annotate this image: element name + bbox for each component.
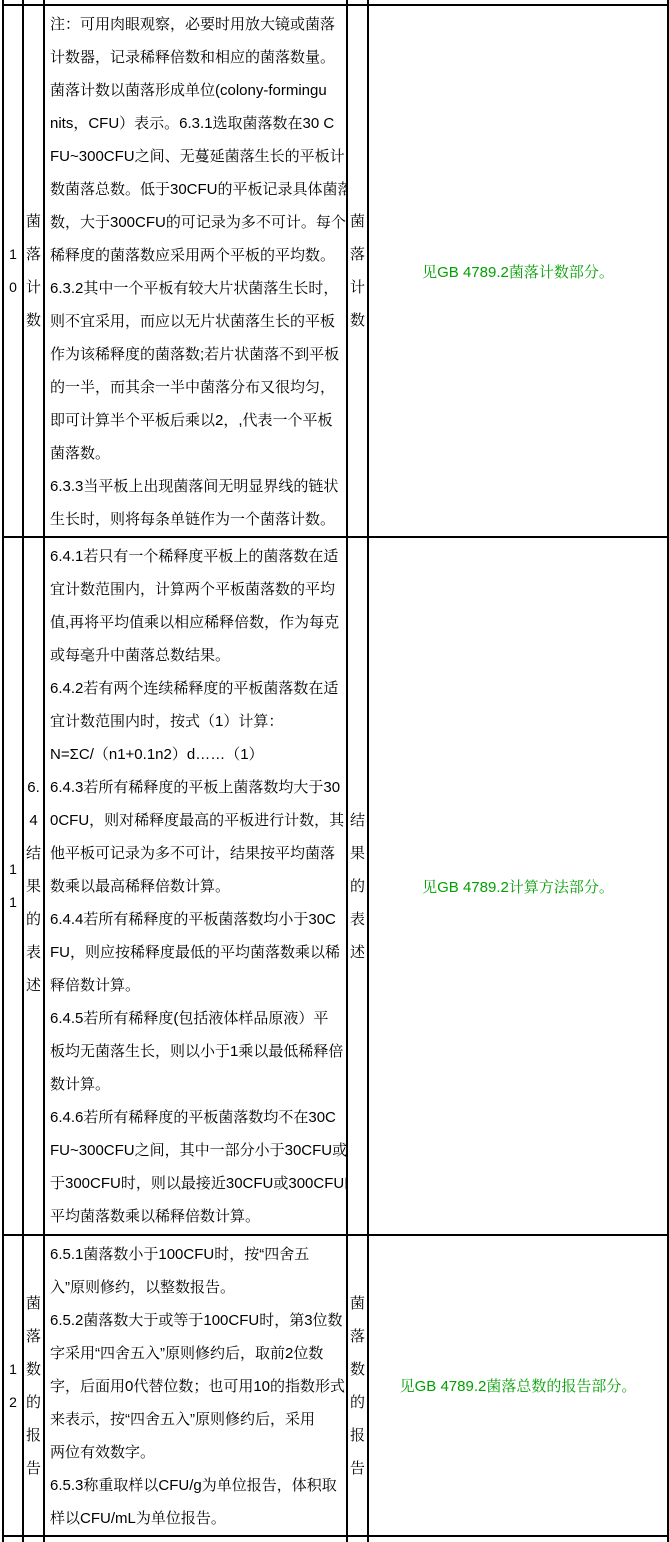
empty-cell xyxy=(44,1536,347,1542)
row-body-text: 注：可用肉眼观察，必要时用放大镜或菌落 计数器，记录稀释倍数和相应的菌落数量。 … xyxy=(44,5,347,537)
row-number: 1 1 xyxy=(3,537,23,1235)
row-topic-label-right: 菌 落 数 的 报 告 xyxy=(347,1235,368,1536)
row-topic-label-left: 菌 落 计 数 xyxy=(23,5,44,537)
empty-cell xyxy=(347,1536,368,1542)
table-row-partial-bottom xyxy=(3,1536,668,1542)
table-row-12: 1 2 菌 落 数 的 报 告 6.5.1菌落数小于100CFU时，按“四舍五 … xyxy=(3,1235,668,1536)
table-row-11: 1 1 6. 4 结 果 的 表 述 6.4.1若只有一个稀释度平板上的菌落数在… xyxy=(3,537,668,1235)
row-body-text: 6.4.1若只有一个稀释度平板上的菌落数在适 宜计数范围内，计算两个平板菌落数的… xyxy=(44,537,347,1235)
row-body-text: 6.5.1菌落数小于100CFU时，按“四舍五 入”原则修约，以整数报告。 6.… xyxy=(44,1235,347,1536)
empty-cell xyxy=(23,1536,44,1542)
reference-note: 见GB 4789.2菌落计数部分。 xyxy=(368,5,668,537)
row-number: 1 2 xyxy=(3,1235,23,1536)
row-number: 1 0 xyxy=(3,5,23,537)
empty-cell xyxy=(3,1536,23,1542)
row-topic-label-left: 6. 4 结 果 的 表 述 xyxy=(23,537,44,1235)
reference-note: 见GB 4789.2计算方法部分。 xyxy=(368,537,668,1235)
reference-note: 见GB 4789.2菌落总数的报告部分。 xyxy=(368,1235,668,1536)
row-topic-label-left: 菌 落 数 的 报 告 xyxy=(23,1235,44,1536)
row-topic-label-right: 结 果 的 表 述 xyxy=(347,537,368,1235)
table-row-10: 1 0 菌 落 计 数 注：可用肉眼观察，必要时用放大镜或菌落 计数器，记录稀释… xyxy=(3,5,668,537)
comparison-table: 1 0 菌 落 计 数 注：可用肉眼观察，必要时用放大镜或菌落 计数器，记录稀释… xyxy=(2,0,669,1542)
empty-cell xyxy=(368,1536,668,1542)
row-topic-label-right: 菌 落 计 数 xyxy=(347,5,368,537)
